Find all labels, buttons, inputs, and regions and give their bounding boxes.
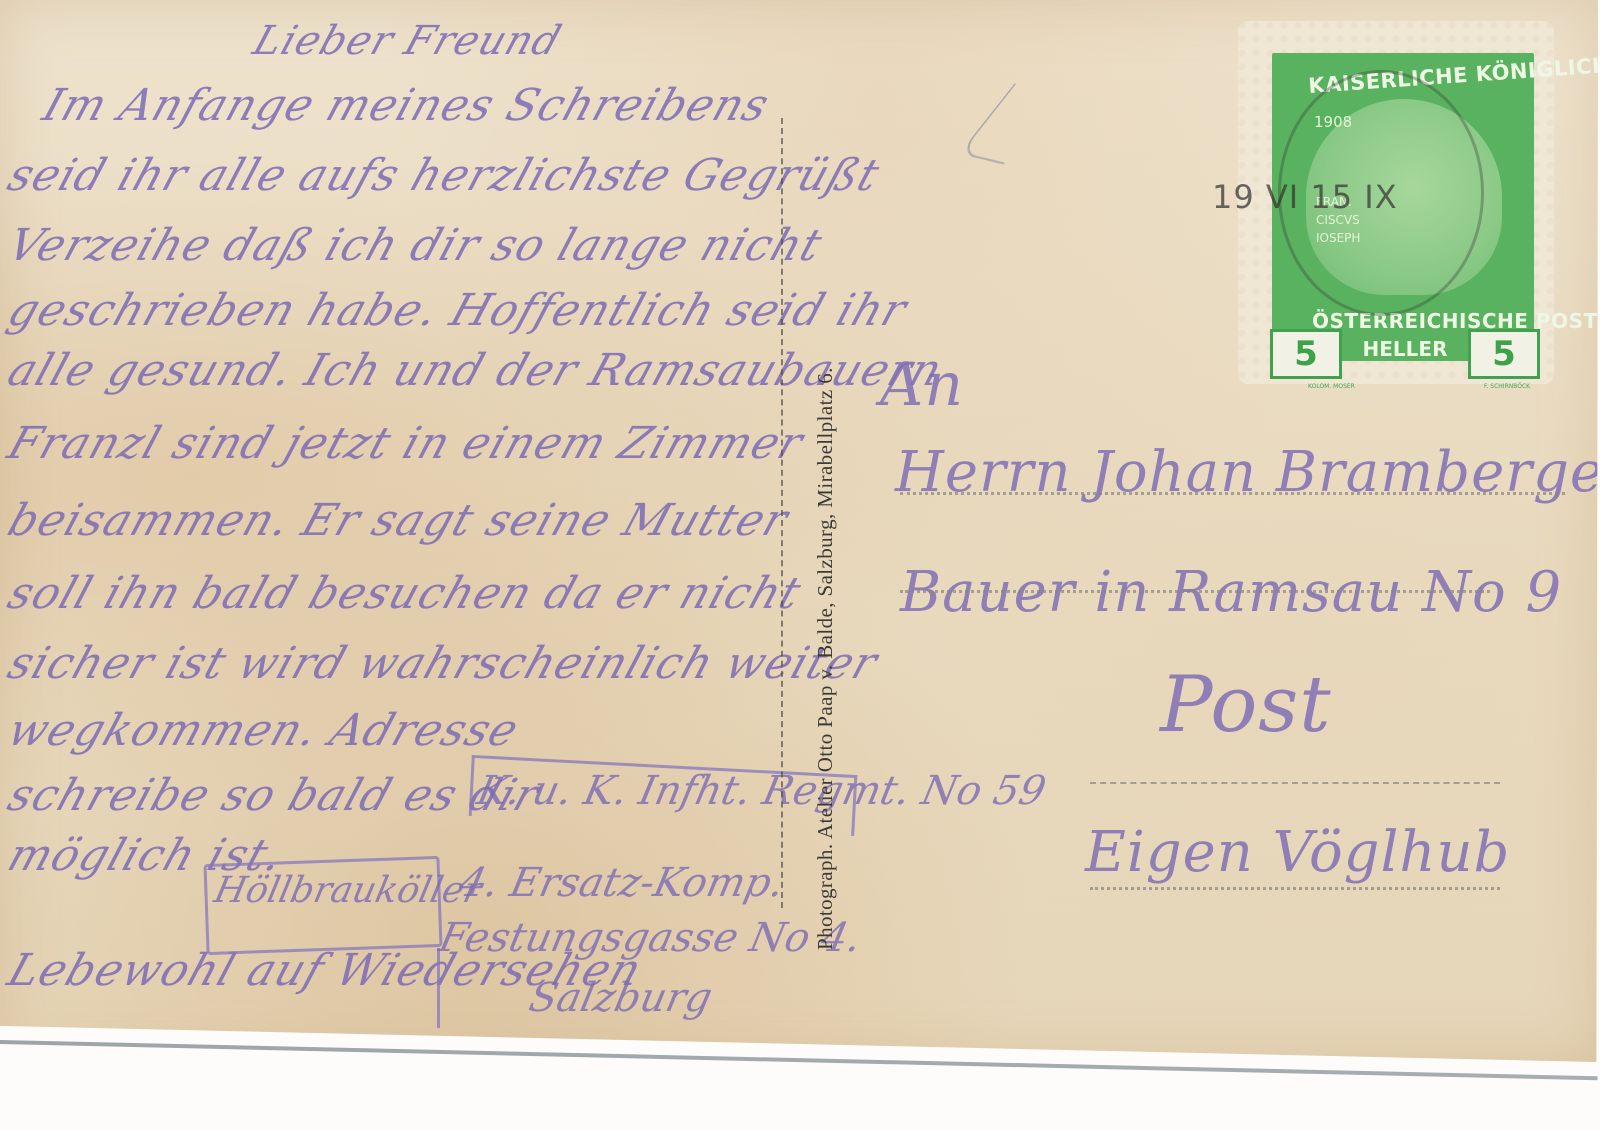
message-line: alle gesund. Ich und der Ramsaubauern xyxy=(2,345,949,396)
address-line xyxy=(900,590,1490,593)
message-line: schreibe so bald es dir xyxy=(2,770,546,821)
recipient-name: Herrn Johan Bramberger xyxy=(895,440,1600,505)
sender-line: Salzburg xyxy=(525,975,716,1021)
greeting: Lieber Freund xyxy=(248,18,568,64)
stamp-text-bottom: ÖSTERREICHISCHE POST xyxy=(1312,309,1598,333)
sender-line: Festungsgasse No 4. xyxy=(435,915,865,961)
stamp-designer-right: F. SCHIRNBÖCK xyxy=(1484,383,1530,390)
address-line xyxy=(1090,887,1500,890)
message-line: wegkommen. Adresse xyxy=(2,705,526,756)
message-line: beisammen. Er sagt seine Mutter xyxy=(2,495,795,546)
stamp-currency: HELLER xyxy=(1346,337,1464,361)
address-line xyxy=(900,492,1565,495)
recipient-salutation: An xyxy=(880,350,964,420)
message-line: sicher ist wird wahrscheinlich weiter xyxy=(2,638,884,689)
printer-imprint: Photograph. Atelier Otto Paap v. Balde, … xyxy=(813,367,838,950)
address-line xyxy=(1090,782,1500,784)
message-line: geschrieben habe. Hoffentlich seid ihr xyxy=(2,285,914,336)
message-line: soll ihn bald besuchen da er nicht xyxy=(2,568,808,619)
stamp-value-left: 5 xyxy=(1270,329,1342,379)
message-line: seid ihr alle aufs herzlichste Gegrüßt xyxy=(2,150,886,201)
postmark-date: 19 VI 15 IX xyxy=(1212,178,1398,216)
postcard-back: Lieber Freund Im Anfange meines Schreibe… xyxy=(0,0,1598,1062)
center-divider xyxy=(781,118,783,908)
message-line: Verzeihe daß ich dir so lange nicht xyxy=(2,220,829,271)
stamp-designer-left: KOLOM. MOSER xyxy=(1308,383,1355,390)
sender-line: K. u. K. Infht. Regmt. No 59 xyxy=(473,768,1050,814)
sender-line: 4. Ersatz-Komp. xyxy=(455,860,788,906)
message-line: Franzl sind jetzt in einem Zimmer xyxy=(2,418,810,469)
stamp-value-right: 5 xyxy=(1468,329,1540,379)
boxed-name: Höllbrauköller xyxy=(211,870,486,911)
message-line: Im Anfange meines Schreibens xyxy=(37,80,776,131)
pencil-mark xyxy=(959,83,1059,164)
post-town: Eigen Vöglhub xyxy=(1085,820,1510,885)
post-label: Post xyxy=(1160,660,1332,750)
